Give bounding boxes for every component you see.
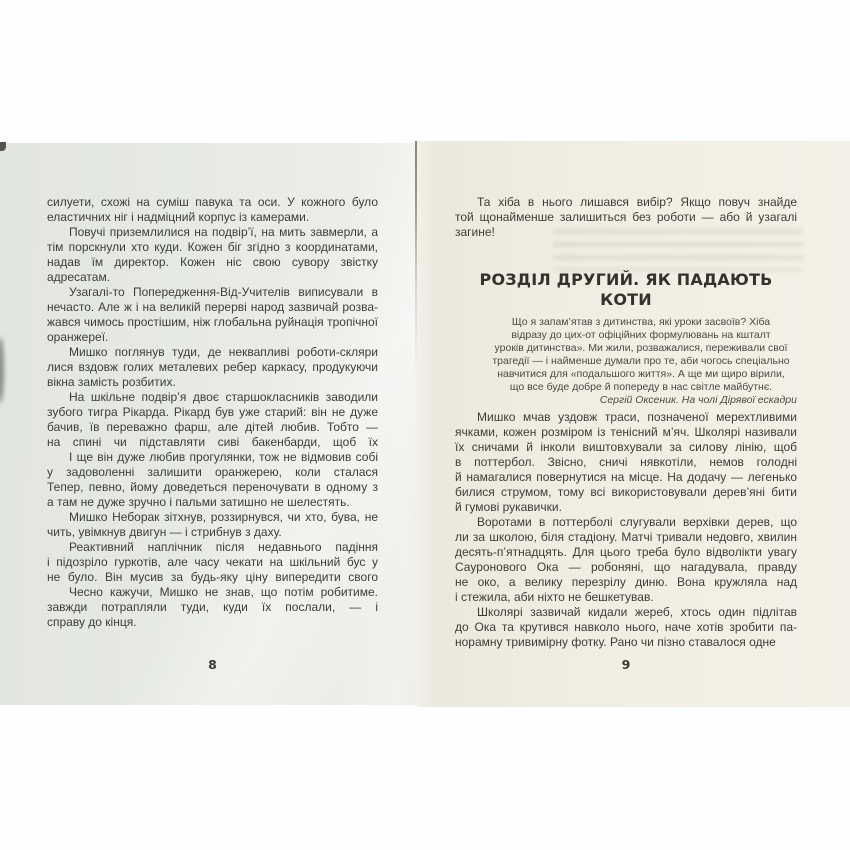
text-line: Узагалі-то Попередження-Від-Учителів вип… [47, 285, 378, 300]
text-line: Повучі приземлилися на подвір’ї, на мить… [47, 225, 378, 240]
text-line: Воротами в поттерболі слугували верхівки… [455, 515, 797, 530]
text-line: Мишко Неборак зітхнув, роззирнувся, чи х… [47, 510, 378, 525]
epigraph: Що я запам’ятав з дитинства, які уроки з… [485, 316, 797, 394]
book-spread-photo: силуети, схожі на суміш павука та оси. У… [0, 0, 850, 850]
text-line: десять-п’ятнадцять. Для цього треба було… [455, 545, 797, 560]
text-line: тім порскнули хто куди. Кожен біг згідно… [47, 240, 378, 255]
text-line: силуети, схожі на суміш павука та оси. У… [47, 195, 378, 210]
text-line: Тепер, певно, йому доведеться переночува… [47, 480, 378, 495]
text-line: норамну тривимірну фотку. Рано чи пізно … [455, 635, 797, 650]
text-line: навчитися для «подальшого життя». А ще м… [485, 368, 797, 381]
text-line: і стежила, аби ніхто не бешкетував. [455, 590, 797, 605]
text-line: еластичних ніг і надміцний корпус із кам… [47, 210, 378, 225]
open-book: силуети, схожі на суміш павука та оси. У… [0, 141, 850, 707]
left-page-number: 8 [47, 657, 378, 672]
right-page-text: Та хіба в нього лишався вибір? Якщо пову… [455, 195, 797, 650]
text-line: трагедії — і найменше думали про те, аби… [485, 355, 797, 368]
chapter-body-text: Мишко мчав уздовж траси, позначеної мере… [455, 410, 797, 650]
text-line: той щонайменше залишиться без роботи — а… [455, 210, 797, 225]
text-line: На шкільне подвір’я двоє старшокласників… [47, 390, 378, 405]
text-line: Реактивний наплічник після недавнього па… [47, 540, 378, 555]
text-line: ячками, кожен розміром із тенісний м’яч.… [455, 425, 797, 440]
text-line: надав їм директор. Кожен ніс свою сувору… [47, 255, 378, 270]
text-line: не око, а велику перезрілу диню. Вона кр… [455, 575, 797, 590]
chapter-heading: РОЗДІЛ ДРУГИЙ. ЯК ПАДАЮТЬ КОТИ [455, 270, 797, 310]
text-line: а там не дуже зручно і пальми затишно не… [47, 495, 378, 510]
text-line: і підозріло гуркотів, але часу чекати на… [47, 555, 378, 570]
text-line: не було. Він мусив за будь-яку ціну випе… [47, 570, 378, 585]
text-line: І ще він дуже любив прогулянки, тож не в… [47, 450, 378, 465]
text-line: жався чимось простішим, ніж глобальна ру… [47, 315, 378, 330]
text-line: у задоволенні залишити оранжерею, коли с… [47, 465, 378, 480]
text-line: справу до кінця. [47, 615, 378, 630]
text-line: адресатам. [47, 270, 378, 285]
text-line: оранжереї. [47, 330, 378, 345]
text-line: Що я запам’ятав з дитинства, які уроки з… [485, 316, 797, 329]
text-line: Школярі зазвичай кидали жереб, хтось оди… [455, 605, 797, 620]
text-line: билися струмом, тому всі використовували… [455, 485, 797, 500]
text-line: на спині чи підставляти сиві бакенбарди,… [47, 435, 378, 450]
text-line: Чесно кажучи, Мишко не знав, що потім ро… [47, 585, 378, 600]
text-line: зубого тигра Рікарда. Рікард був уже ста… [47, 405, 378, 420]
text-line: чить, увімкнув двигун — і стрибнув з дах… [47, 525, 378, 540]
intro-paragraph: Та хіба в нього лишався вибір? Якщо пову… [455, 195, 797, 240]
text-line: лися вздовж голих металевих ребер каркас… [47, 360, 378, 375]
book-spine-shadow [415, 141, 417, 381]
text-line: Мишко мчав уздовж траси, позначеної мере… [455, 410, 797, 425]
text-line: вікна замість розбитих. [47, 375, 378, 390]
text-line: загине! [455, 225, 797, 240]
epigraph-attribution: Сергій Оксеник. На чолі Дірявої ескадри [455, 394, 797, 407]
text-line: уроків дитинства». Ми жили, розважалися,… [485, 342, 797, 355]
text-line: бачив, їв переважно фарш, але дітей люби… [47, 420, 378, 435]
text-line: що все буде добре й попереду в нас світл… [485, 381, 797, 394]
text-line: ли за школою, біля стадіону. Матчі трива… [455, 530, 797, 545]
text-line: завжди потрапляли туди, куди їх послали,… [47, 600, 378, 615]
text-line: до Ока та крутився навколо нього, наче х… [455, 620, 797, 635]
text-line: й гумові рукавички. [455, 500, 797, 515]
text-line: відразу до цих-от офіційних формулювань … [485, 329, 797, 342]
text-line: й намагалися повернутися на місце. На до… [455, 470, 797, 485]
right-page-number: 9 [455, 657, 797, 672]
text-line: Сауронового Ока — робоняні, що нагадувал… [455, 560, 797, 575]
left-page-text: силуети, схожі на суміш павука та оси. У… [47, 195, 378, 630]
text-line: нечасто. Але ж і на великій перерві наро… [47, 300, 378, 315]
text-line: їх сничами й інколи виштовхували за сило… [455, 440, 797, 455]
text-line: Та хіба в нього лишався вибір? Якщо пову… [455, 195, 797, 210]
text-line: в поттербол. Звісно, сничі нявкотіли, не… [455, 455, 797, 470]
text-line: Мишко поглянув туди, де неквапливі робот… [47, 345, 378, 360]
